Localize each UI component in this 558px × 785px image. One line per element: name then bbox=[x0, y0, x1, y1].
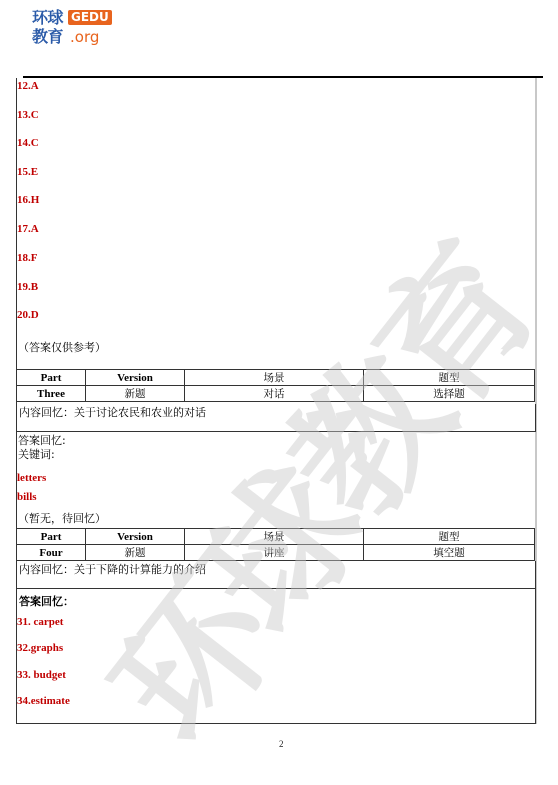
type-header: 题型 bbox=[364, 529, 535, 545]
answer-13: 13.C bbox=[17, 109, 39, 121]
logo-text-line2: 教育 bbox=[32, 28, 63, 46]
part-four-answer-box: 答案回忆： bbox=[16, 588, 536, 724]
answer-17: 17.A bbox=[17, 223, 39, 235]
logo-suffix: .org bbox=[70, 28, 99, 46]
scene-value: 对话 bbox=[185, 386, 364, 402]
answer-15: 15.E bbox=[17, 166, 38, 178]
part-two-note: （答案仅供参考） bbox=[18, 341, 106, 354]
logo-badge: GEDU bbox=[68, 10, 112, 25]
version-header: Version bbox=[86, 370, 185, 386]
part-three-content-recall: 内容回忆：关于讨论农民和农业的对话 bbox=[19, 406, 206, 419]
part-three-table: Part Version 场景 题型 Three 新题 对话 选择题 bbox=[16, 369, 535, 402]
scene-header: 场景 bbox=[185, 529, 364, 545]
scene-value: 讲座 bbox=[185, 545, 364, 561]
answer-31: 31. carpet bbox=[17, 616, 63, 628]
part-four-content-recall: 内容回忆：关于下降的计算能力的介绍 bbox=[19, 563, 206, 576]
answer-34: 34.estimate bbox=[17, 695, 70, 707]
answer-33: 33. budget bbox=[17, 669, 66, 681]
part-label: Part bbox=[17, 529, 86, 545]
part-four-content-box: 内容回忆：关于下降的计算能力的介绍 bbox=[16, 561, 536, 588]
keyword-1: letters bbox=[17, 472, 46, 484]
answer-19: 19.B bbox=[17, 281, 38, 293]
part-three-content-box: 内容回忆：关于讨论农民和农业的对话 bbox=[16, 404, 536, 432]
scene-header: 场景 bbox=[185, 370, 364, 386]
type-header: 题型 bbox=[364, 370, 535, 386]
answer-16: 16.H bbox=[17, 194, 39, 206]
logo-text-line1: 环球 bbox=[32, 9, 63, 27]
page-number: 2 bbox=[279, 739, 284, 749]
answer-20: 20.D bbox=[17, 309, 39, 321]
part-three-note: （暂无，待回忆） bbox=[18, 512, 106, 525]
version-header: Version bbox=[86, 529, 185, 545]
answer-32: 32.graphs bbox=[17, 642, 63, 654]
gedu-logo: 环球 教育 GEDU .org bbox=[32, 8, 132, 48]
part-three-answer-label: 答案回忆: bbox=[18, 434, 66, 447]
part-four-answer-label: 答案回忆： bbox=[19, 595, 74, 608]
answer-14: 14.C bbox=[17, 137, 39, 149]
version-value: 新题 bbox=[86, 386, 185, 402]
part-value: Four bbox=[17, 545, 86, 561]
part-label: Part bbox=[17, 370, 86, 386]
part-three-keywords-label: 关键词: bbox=[18, 448, 55, 461]
part-value: Three bbox=[17, 386, 86, 402]
part-four-table: Part Version 场景 题型 Four 新题 讲座 填空题 bbox=[16, 528, 535, 561]
type-value: 填空题 bbox=[364, 545, 535, 561]
answer-12: 12.A bbox=[17, 80, 39, 92]
type-value: 选择题 bbox=[364, 386, 535, 402]
keyword-2: bills bbox=[17, 491, 37, 503]
answer-18: 18.F bbox=[17, 252, 37, 264]
version-value: 新题 bbox=[86, 545, 185, 561]
